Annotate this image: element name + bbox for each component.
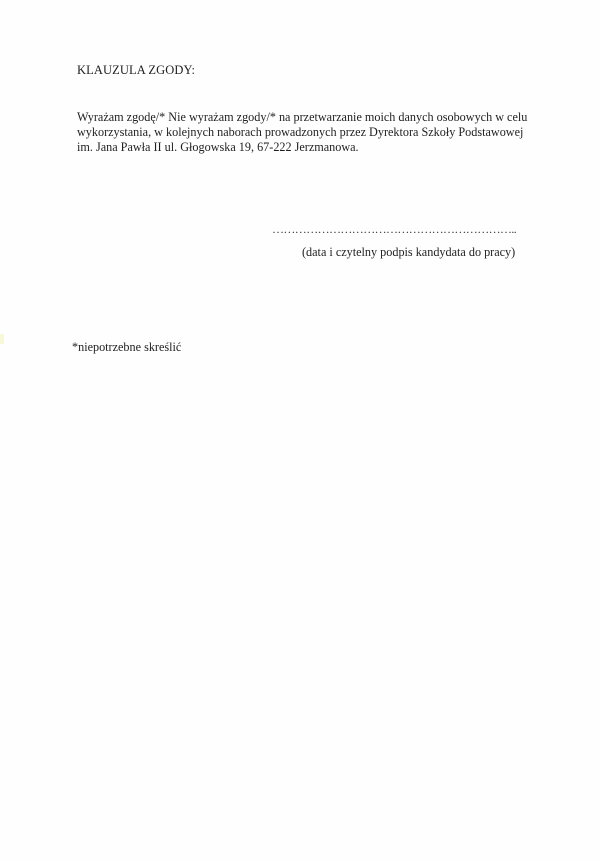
scan-artifact xyxy=(0,334,4,344)
consent-clause-heading: KLAUZULA ZGODY: xyxy=(77,63,195,78)
paragraph-line: im. Jana Pawła II ul. Głogowska 19, 67-2… xyxy=(77,140,557,155)
footnote: *niepotrzebne skreślić xyxy=(72,340,181,355)
consent-paragraph: Wyrażam zgodę/* Nie wyrażam zgody/* na p… xyxy=(77,110,557,155)
document-page: KLAUZULA ZGODY: Wyrażam zgodę/* Nie wyra… xyxy=(0,0,600,860)
paragraph-line: wykorzystania, w kolejnych naborach prow… xyxy=(77,125,557,140)
signature-caption: (data i czytelny podpis kandydata do pra… xyxy=(302,245,515,260)
signature-line: ……………………………………………………….. xyxy=(272,222,516,237)
paragraph-line: Wyrażam zgodę/* Nie wyrażam zgody/* na p… xyxy=(77,110,557,125)
